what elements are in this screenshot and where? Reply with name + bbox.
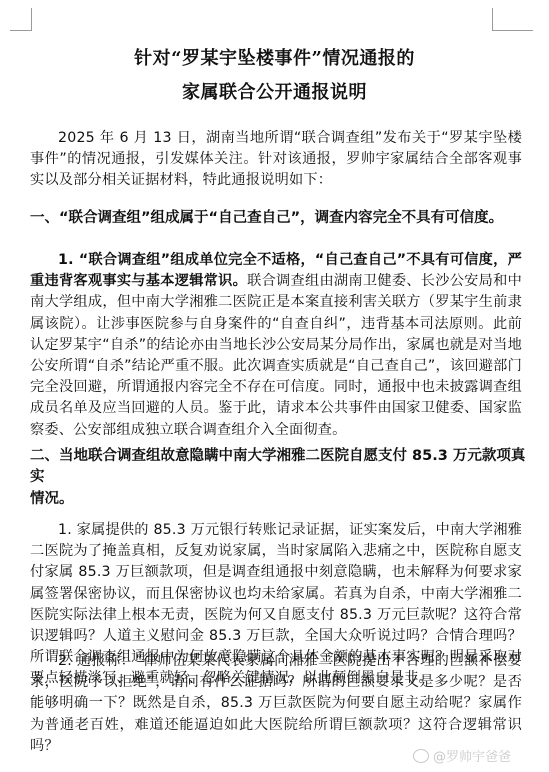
section-1-heading: 一、“联合调查组”组成属于“自己查自己”，调查内容完全不具有可信度。 (30, 206, 530, 227)
section-2-heading-line-2: 情况。 (30, 487, 530, 508)
section-1-item-1-body: 联合调查组由湖南卫健委、长沙公安局和中南大学组成，但中南大学湘雅二医院正是本案直… (30, 273, 522, 437)
page-corner-mark-top-right (492, 8, 533, 31)
watermark-text: @罗帅宇爸爸 (433, 746, 511, 765)
weibo-icon (413, 749, 429, 763)
section-2-heading-line-1: 二、当地联合调查组故意隐瞒中南大学湘雅二医院自愿支付 85.3 万元款项真实 (30, 444, 530, 486)
page-corner-mark-top-left (10, 8, 32, 31)
document-title-line-1: 针对“罗某宇坠楼事件”情况通报的 (0, 44, 549, 70)
section-1-item-1: 1. “联合调查组”组成单位完全不适格，“自己查自己”不具有可信度，严重违背客观… (30, 250, 522, 441)
document-title-line-2: 家属联合公开通报说明 (0, 78, 549, 104)
weibo-watermark: @罗帅宇爸爸 (413, 746, 511, 765)
intro-paragraph: 2025 年 6 月 13 日，湖南当地所谓“联合调查组”发布关于“罗某宇坠楼事… (30, 128, 522, 192)
section-2-item-2: 2. 通报称：“律师伍某某代表家属向湘雅二医院提出不合理的巨额补偿要求，医院予以… (30, 651, 522, 757)
